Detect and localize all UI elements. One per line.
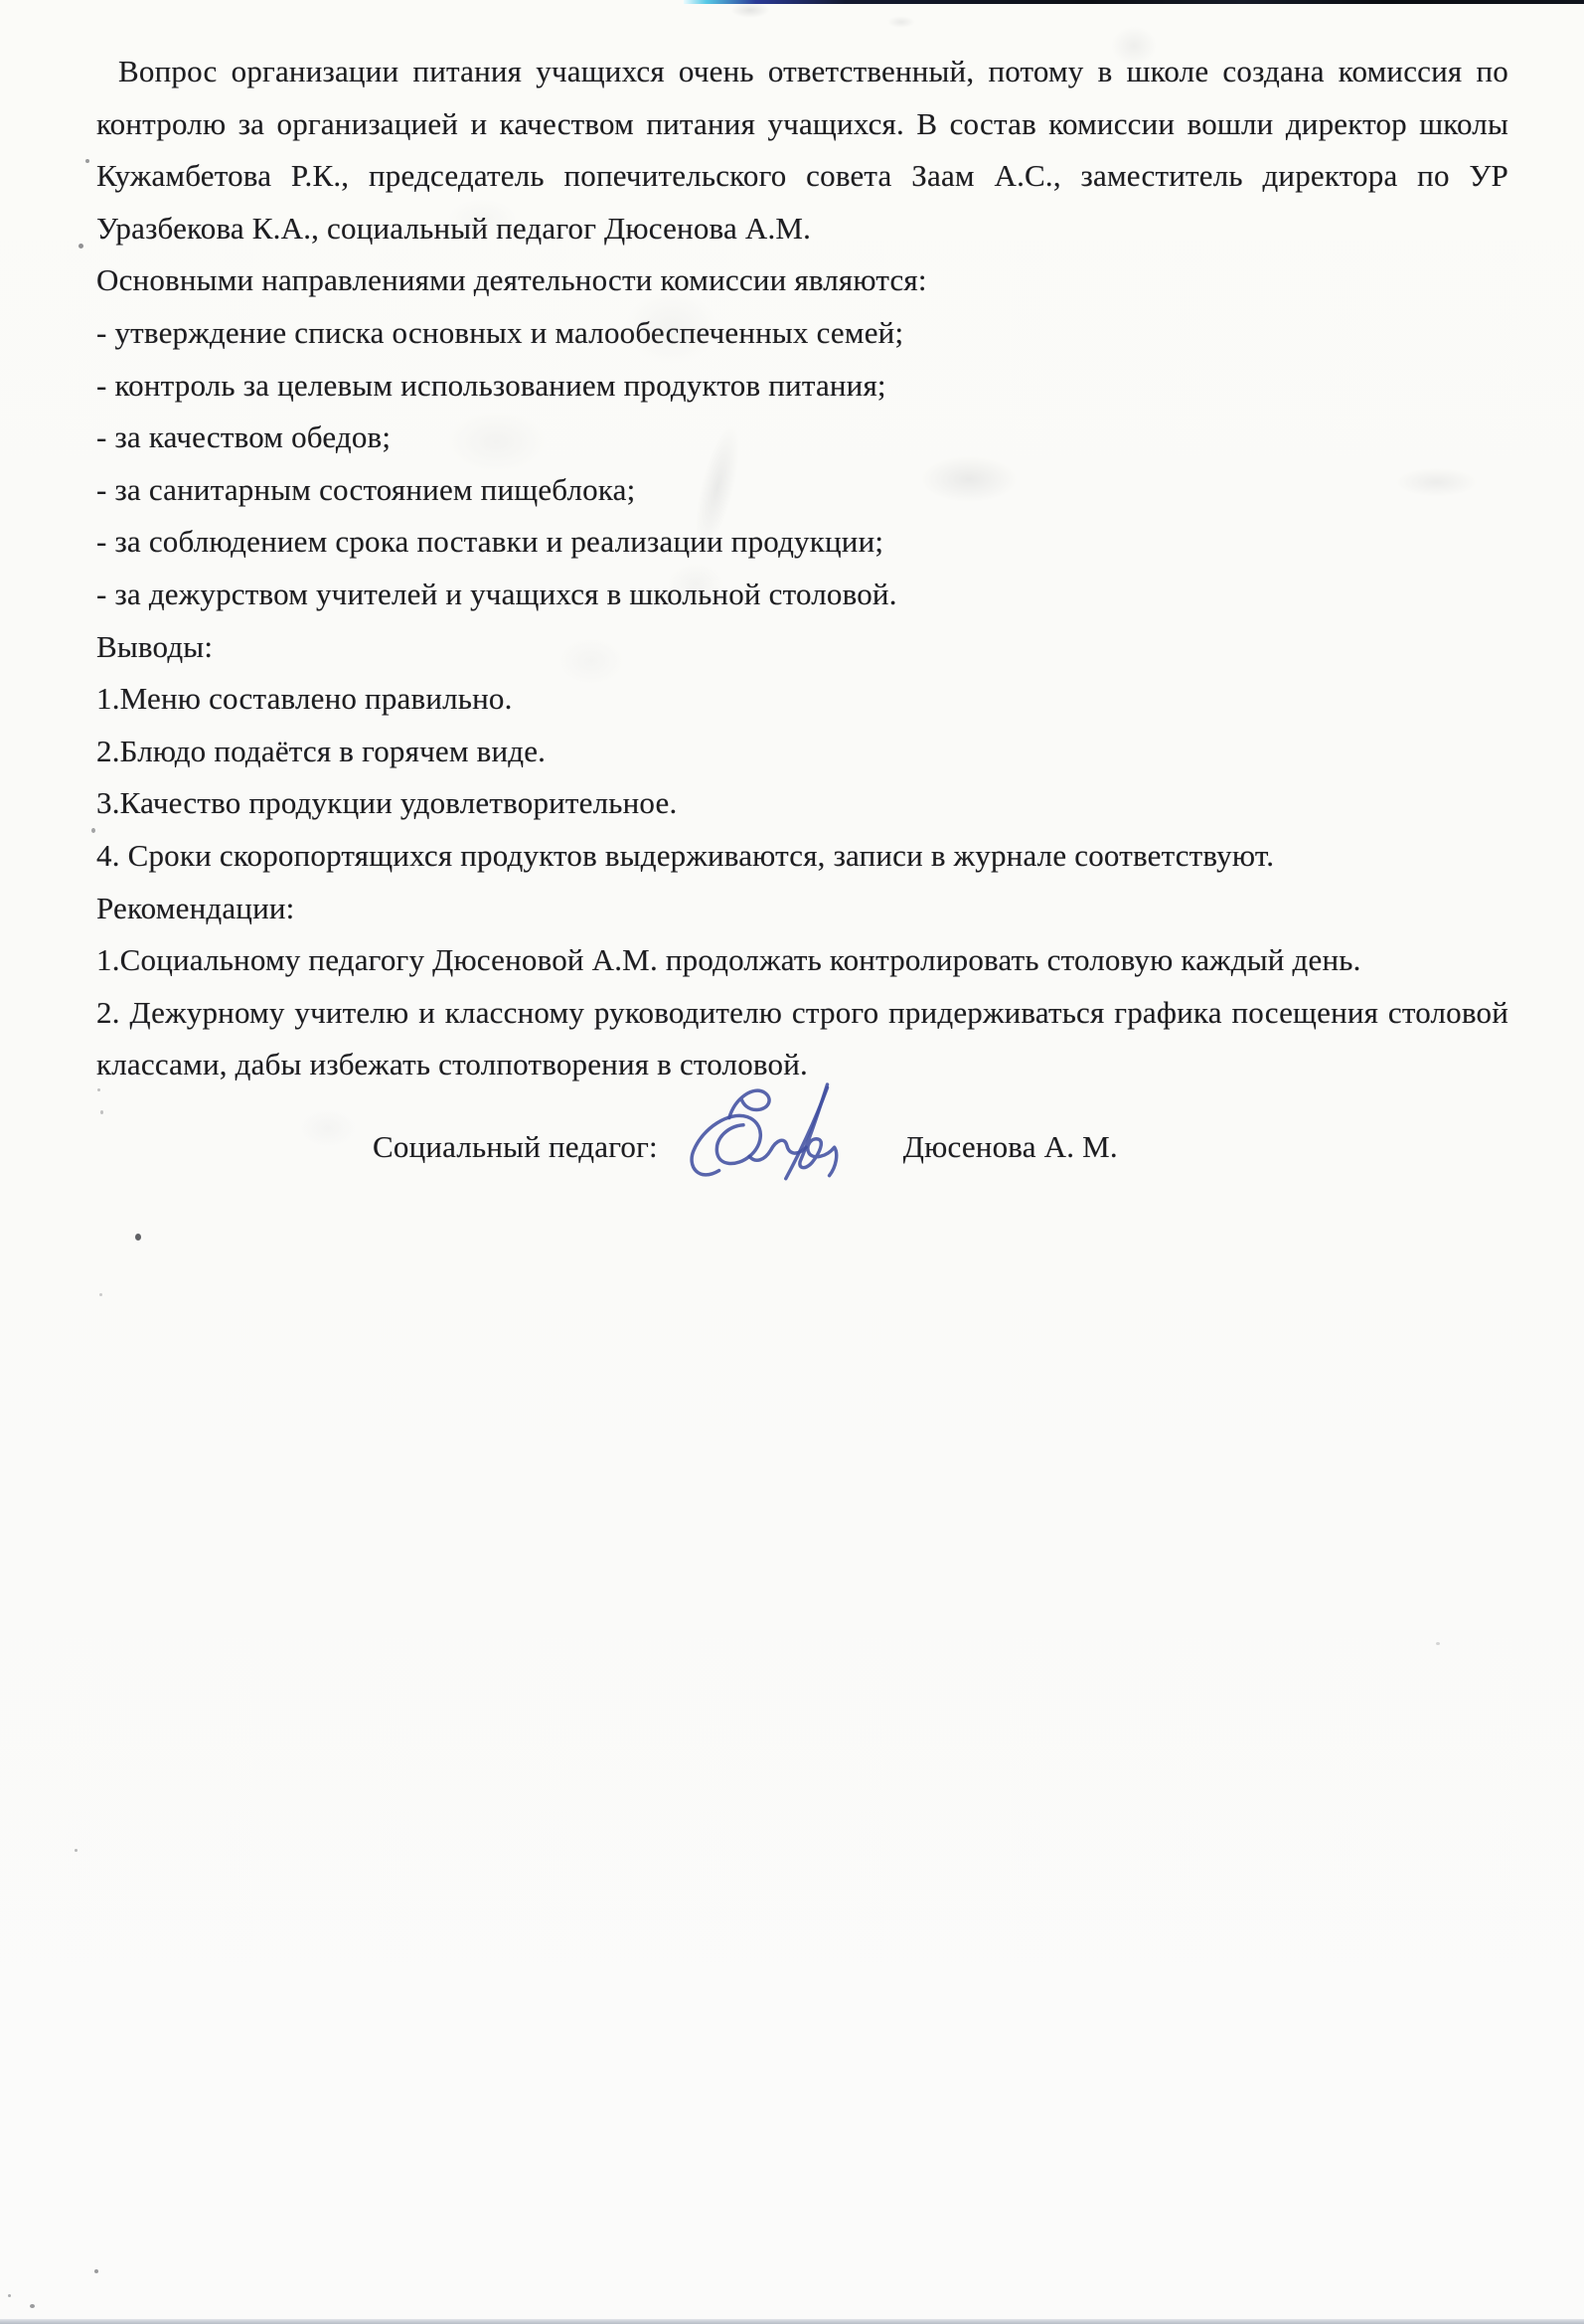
conclusion-item: 4. Сроки скоропортящихся продуктов выдер…	[96, 830, 1508, 883]
direction-item: - за санитарным состоянием пищеблока;	[96, 464, 1508, 517]
conclusions-heading: Выводы:	[96, 621, 1508, 674]
scanned-document-page: Вопрос организации питания учащихся очен…	[0, 0, 1584, 2324]
directions-heading: Основными направлениями деятельности ком…	[96, 254, 1508, 307]
direction-item: - за дежурством учителей и учащихся в шк…	[96, 569, 1508, 621]
signature-row: Социальный педагог: Дюсенова А. М.	[373, 1117, 1508, 1177]
direction-item: - за качеством обедов;	[96, 412, 1508, 464]
conclusion-item: 2.Блюдо подаётся в горячем виде.	[96, 726, 1508, 778]
conclusion-item: 3.Качество продукции удовлетворительное.	[96, 777, 1508, 830]
recommendations-heading: Рекомендации:	[96, 883, 1508, 935]
intro-paragraph: Вопрос организации питания учащихся очен…	[96, 46, 1508, 254]
recommendation-item: 2. Дежурному учителю и классному руковод…	[96, 987, 1508, 1091]
signature-name: Дюсенова А. М.	[903, 1129, 1118, 1165]
recommendation-item: 1.Социальному педагогу Дюсеновой А.М. пр…	[96, 934, 1508, 987]
direction-item: - утверждение списка основных и малообес…	[96, 307, 1508, 360]
scan-edge-bottom	[0, 2319, 1584, 2324]
scan-edge-top	[684, 0, 1584, 4]
direction-item: - контроль за целевым использованием про…	[96, 360, 1508, 413]
conclusion-item: 1.Меню составлено правильно.	[96, 673, 1508, 726]
signature-ink	[684, 1081, 858, 1193]
direction-item: - за соблюдением срока поставки и реализ…	[96, 516, 1508, 569]
signature-role-label: Социальный педагог:	[373, 1129, 658, 1165]
